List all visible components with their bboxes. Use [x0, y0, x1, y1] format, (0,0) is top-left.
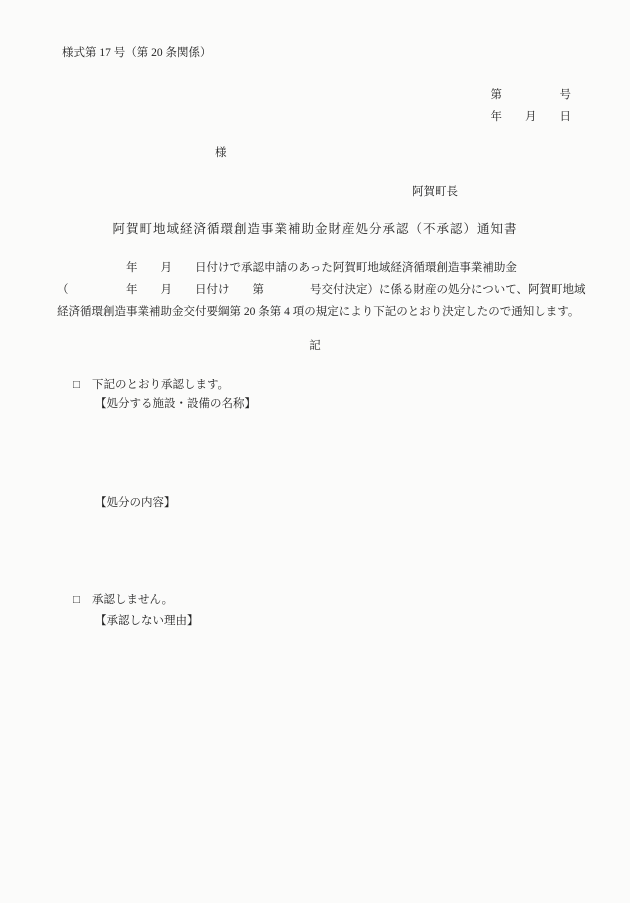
sender-title: 阿賀町長 — [412, 185, 458, 200]
disposal-content-label: 【処分の内容】 — [95, 496, 176, 511]
form-number: 様式第 17 号（第 20 条関係） — [62, 46, 212, 61]
reject-option-label: 承認しません。 — [92, 593, 173, 608]
reject-option-row: □ 承認しません。 — [73, 593, 173, 608]
reject-checkbox-icon: □ — [73, 593, 80, 608]
approve-option-label: 下記のとおり承認します。 — [92, 378, 229, 393]
document-number-line: 第 号 — [0, 88, 571, 103]
record-marker: 記 — [0, 339, 630, 354]
document-title: 阿賀町地域経済循環創造事業補助金財産処分承認（不承認）通知書 — [0, 221, 630, 237]
document-page: 様式第 17 号（第 20 条関係） 第 号 年 月 日 様 阿賀町長 阿賀町地… — [0, 0, 630, 903]
approve-option-row: □ 下記のとおり承認します。 — [73, 378, 229, 393]
addressee-honorific: 様 — [215, 146, 227, 161]
approve-checkbox-icon: □ — [73, 378, 80, 393]
body-paragraph-line: （ 年 月 日付け 第 号交付決定）に係る財産の処分について、阿賀町地域 — [57, 283, 586, 298]
body-paragraph-line: 経済循環創造事業補助金交付要綱第 20 条第 4 項の規定により下記のとおり決定… — [57, 305, 579, 320]
date-line: 年 月 日 — [0, 110, 571, 125]
rejection-reason-label: 【承認しない理由】 — [95, 614, 199, 629]
body-paragraph-line: 年 月 日付けで承認申請のあった阿賀町地域経済循環創造事業補助金 — [57, 261, 517, 276]
facility-equipment-name-label: 【処分する施設・設備の名称】 — [95, 397, 256, 412]
